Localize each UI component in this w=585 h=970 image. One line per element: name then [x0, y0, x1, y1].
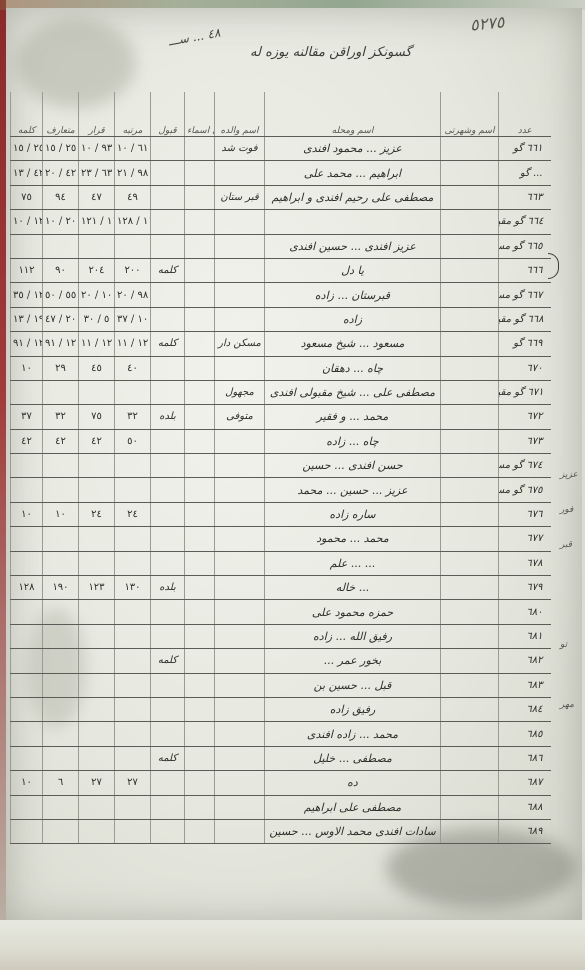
id-cell: ٦٨٥: [499, 722, 551, 746]
remark-cell: بلده: [151, 405, 185, 429]
number-cell: ٣٧: [11, 405, 43, 429]
id-cell: ٦٨٧: [499, 771, 551, 795]
id-cell: ٦٧٤ گو مستان زیر: [499, 454, 551, 478]
empty-cell: [185, 234, 215, 258]
id-cell: ٦٦٥ گو مستان: [499, 234, 551, 258]
number-cell: [11, 746, 43, 770]
table-row: ٢٥ / ١٥٢٥ / ١٥٩٣ / ١٠٦١ / ١٠فوت شدعزیز .…: [11, 137, 551, 161]
empty-cell: [441, 137, 499, 161]
number-cell: ٤٢ / ٢٠: [43, 161, 79, 185]
empty-cell: [185, 210, 215, 234]
number-cell: ١١٥ / ١٢٨: [115, 210, 151, 234]
name-cell: چاه ... دهقان: [265, 356, 441, 380]
number-cell: [115, 380, 151, 404]
number-cell: [79, 722, 115, 746]
number-cell: [115, 478, 151, 502]
empty-cell: [185, 429, 215, 453]
number-cell: ١٠: [11, 771, 43, 795]
remark-cell: [151, 624, 185, 648]
id-cell: ٦٦٩ گو: [499, 332, 551, 356]
margin-note: مهر: [560, 700, 574, 710]
remark-cell: [151, 551, 185, 575]
margin-note: عزیز: [560, 470, 578, 480]
table-row: ... ... علم٦٧٨: [11, 551, 551, 575]
status-cell: قبر ستان: [215, 185, 265, 209]
number-cell: ٤٥: [79, 356, 115, 380]
number-cell: [79, 600, 115, 624]
empty-cell: [185, 478, 215, 502]
status-cell: [215, 673, 265, 697]
number-cell: ٤٢: [11, 429, 43, 453]
empty-cell: [441, 600, 499, 624]
number-cell: ١٠ / ٣٧: [115, 307, 151, 331]
number-cell: [79, 649, 115, 673]
id-cell: ٦٦٣: [499, 185, 551, 209]
table-row: ٤٢ / ١٣٤٢ / ٢٠٦٣ / ٢٣٩٨ / ٢١ابراهیم ... …: [11, 161, 551, 185]
number-cell: [43, 600, 79, 624]
number-cell: ٦٣ / ٢٣: [79, 161, 115, 185]
number-cell: ٢٤: [79, 502, 115, 526]
number-cell: ٤٢: [43, 429, 79, 453]
margin-note: تو: [560, 640, 567, 650]
number-cell: [43, 624, 79, 648]
number-cell: [43, 527, 79, 551]
remark-cell: [151, 795, 185, 819]
table-row: مجهولمصطفی علی ... شیخ مقبولی افندی٦٧١ گ…: [11, 380, 551, 404]
number-cell: [11, 380, 43, 404]
status-cell: [215, 454, 265, 478]
number-cell: [115, 624, 151, 648]
status-cell: [215, 600, 265, 624]
col-header: عدد: [499, 92, 551, 137]
name-cell: قبل ... حسین بن: [265, 673, 441, 697]
number-cell: [43, 234, 79, 258]
name-cell: سادات افندی محمد الاوس ... حسین: [265, 819, 441, 843]
remark-cell: [151, 527, 185, 551]
number-cell: ٤٩: [115, 185, 151, 209]
margin-note: فور: [560, 505, 573, 515]
table-row: کلمهبخور عمر ...٦٨٢: [11, 649, 551, 673]
empty-cell: [185, 502, 215, 526]
empty-cell: [441, 502, 499, 526]
status-cell: [215, 429, 265, 453]
name-cell: بخور عمر ...: [265, 649, 441, 673]
id-cell: ٦٨٢: [499, 649, 551, 673]
remark-cell: [151, 185, 185, 209]
id-cell: ٦٦٨ گو مقیم: [499, 307, 551, 331]
id-cell: ٦٨٤: [499, 697, 551, 721]
empty-cell: [185, 576, 215, 600]
empty-cell: [441, 161, 499, 185]
remark-cell: [151, 478, 185, 502]
remark-cell: [151, 234, 185, 258]
name-cell: عزیز ... محمود افندی: [265, 137, 441, 161]
name-cell: ساره زاده: [265, 502, 441, 526]
id-cell: ٦٨٣: [499, 673, 551, 697]
number-cell: ٤٠: [115, 356, 151, 380]
empty-cell: [441, 673, 499, 697]
table-row: ٤٢٤٢٤٢٥٠چاه ... زاده٦٧٣: [11, 429, 551, 453]
empty-cell: [185, 624, 215, 648]
status-cell: [215, 576, 265, 600]
col-header: قرار: [79, 92, 115, 137]
number-cell: ١٠: [11, 502, 43, 526]
id-cell: ٦٨١: [499, 624, 551, 648]
number-cell: [115, 673, 151, 697]
table-row: مصطفی علی ابراهیم٦٨٨: [11, 795, 551, 819]
id-cell: ٦٦٤ گو مقیم: [499, 210, 551, 234]
col-header: شمارى اسماء: [185, 92, 215, 137]
empty-cell: [441, 429, 499, 453]
table-row: عزیز ... حسین ... محمد٦٧٥ گو مستان و محم…: [11, 478, 551, 502]
number-cell: [79, 234, 115, 258]
number-cell: [79, 819, 115, 843]
number-cell: ٢٠٤: [79, 258, 115, 282]
status-cell: [215, 258, 265, 282]
empty-cell: [185, 454, 215, 478]
number-cell: ٢٥ / ١٥: [43, 137, 79, 161]
status-cell: [215, 722, 265, 746]
number-cell: [11, 454, 43, 478]
number-cell: [43, 649, 79, 673]
number-cell: [43, 746, 79, 770]
id-cell: ٦٨٩: [499, 819, 551, 843]
id-cell: ٦٦١ گو: [499, 137, 551, 161]
id-cell: ٦٧١ گو مقیم: [499, 380, 551, 404]
number-cell: ٤٢ / ١٣: [11, 161, 43, 185]
empty-cell: [185, 795, 215, 819]
status-cell: [215, 161, 265, 185]
number-cell: ٣٢: [43, 405, 79, 429]
number-cell: [79, 454, 115, 478]
status-cell: [215, 819, 265, 843]
number-cell: ١٠: [43, 502, 79, 526]
table-row: عزیز افندی ... حسین افندی٦٦٥ گو مستان: [11, 234, 551, 258]
number-cell: [11, 649, 43, 673]
remark-cell: بلده: [151, 576, 185, 600]
number-cell: ١١٥ / ١٢١: [79, 210, 115, 234]
id-cell: ٦٨٦: [499, 746, 551, 770]
remark-cell: [151, 454, 185, 478]
number-cell: [43, 819, 79, 843]
number-cell: ١٠: [11, 356, 43, 380]
col-header: مرتبه: [115, 92, 151, 137]
name-cell: مصطفی علی رحیم افندی و ابراهیم: [265, 185, 441, 209]
name-cell: عزیز افندی ... حسین افندی: [265, 234, 441, 258]
number-cell: [115, 819, 151, 843]
number-cell: ١٢ / ١٠: [11, 210, 43, 234]
empty-cell: [441, 527, 499, 551]
number-cell: [11, 551, 43, 575]
empty-cell: [441, 258, 499, 282]
table-row: رفیق الله ... زاده٦٨١: [11, 624, 551, 648]
number-cell: [11, 234, 43, 258]
number-cell: [11, 673, 43, 697]
number-cell: ١٢٣ / ٣٥: [11, 283, 43, 307]
remark-cell: [151, 210, 185, 234]
reference-number: ٥٢٧٥: [469, 12, 505, 34]
number-cell: [115, 454, 151, 478]
number-cell: [115, 234, 151, 258]
number-cell: ١٢٠ / ١١: [115, 332, 151, 356]
remark-cell: [151, 819, 185, 843]
name-cell: ابراهیم ... محمد علی: [265, 161, 441, 185]
status-cell: [215, 697, 265, 721]
number-cell: ٢٧: [115, 771, 151, 795]
empty-cell: [185, 258, 215, 282]
number-cell: [79, 624, 115, 648]
name-cell: محمد ... زاده افندی: [265, 722, 441, 746]
remark-cell: [151, 283, 185, 307]
name-cell: [265, 210, 441, 234]
status-cell: مسکن دار: [215, 332, 265, 356]
name-cell: ... خاله: [265, 576, 441, 600]
id-cell: ٦٧٦: [499, 502, 551, 526]
number-cell: ٩٨ / ٢١: [115, 161, 151, 185]
number-cell: ٢٠٠: [115, 258, 151, 282]
remark-cell: [151, 161, 185, 185]
table-row: ١٢٣ / ٣٥٥٥ / ٥٠١٠٠ / ٢٠٩٨ / ٢٠قبرستان ..…: [11, 283, 551, 307]
remark-cell: کلمه: [151, 332, 185, 356]
name-cell: مسعود ... شیخ مسعود: [265, 332, 441, 356]
empty-cell: [185, 332, 215, 356]
page-bottom-margin: [0, 920, 585, 970]
table-row: محمد ... محمود٦٧٧: [11, 527, 551, 551]
name-cell: مصطفی علی ... شیخ مقبولی افندی: [265, 380, 441, 404]
empty-cell: [185, 649, 215, 673]
name-cell: مصطفی علی ابراهیم: [265, 795, 441, 819]
document-title: گسونكز اوراقن مقالنه يوزه له: [250, 45, 412, 60]
remark-cell: کلمه: [151, 746, 185, 770]
number-cell: [43, 673, 79, 697]
remark-cell: [151, 673, 185, 697]
table-row: ١٠١٠٢٤٢٤ساره زاده٦٧٦: [11, 502, 551, 526]
empty-cell: [441, 746, 499, 770]
remark-cell: [151, 697, 185, 721]
empty-cell: [441, 234, 499, 258]
number-cell: ٥ / ٣٠: [79, 307, 115, 331]
remark-cell: [151, 356, 185, 380]
number-cell: [115, 795, 151, 819]
number-cell: [43, 478, 79, 502]
remark-cell: [151, 429, 185, 453]
remark-cell: [151, 137, 185, 161]
id-cell: ٦٨٠: [499, 600, 551, 624]
empty-cell: [441, 356, 499, 380]
id-cell: ٦٨٨: [499, 795, 551, 819]
number-cell: ٤٢: [79, 429, 115, 453]
remark-cell: [151, 380, 185, 404]
name-cell: عزیز ... حسین ... محمد: [265, 478, 441, 502]
number-cell: ٧٥: [11, 185, 43, 209]
name-cell: محمد ... محمود: [265, 527, 441, 551]
status-cell: [215, 624, 265, 648]
id-cell: ٦٧٣: [499, 429, 551, 453]
col-header: اسم ومحله: [265, 92, 441, 137]
number-cell: ١٩٠: [43, 576, 79, 600]
remark-cell: [151, 307, 185, 331]
empty-cell: [185, 356, 215, 380]
name-cell: زاده: [265, 307, 441, 331]
number-cell: [115, 746, 151, 770]
empty-cell: [185, 137, 215, 161]
table-row: ١٩٩ / ١٣٢٠٠ / ٤٧٥ / ٣٠١٠ / ٣٧زاده٦٦٨ گو …: [11, 307, 551, 331]
number-cell: ١٢٠ / ٩١: [43, 332, 79, 356]
number-cell: ٢٤: [115, 502, 151, 526]
empty-cell: [441, 454, 499, 478]
table-row: رفیق زاده٦٨٤: [11, 697, 551, 721]
empty-cell: [441, 795, 499, 819]
empty-cell: [185, 673, 215, 697]
empty-cell: [185, 819, 215, 843]
number-cell: ٢٩: [43, 356, 79, 380]
remark-cell: [151, 502, 185, 526]
number-cell: [43, 551, 79, 575]
id-cell: ٦٧٩: [499, 576, 551, 600]
empty-cell: [185, 283, 215, 307]
number-cell: [79, 795, 115, 819]
empty-cell: [185, 600, 215, 624]
number-cell: [43, 454, 79, 478]
number-cell: [43, 697, 79, 721]
number-cell: ٥٠: [115, 429, 151, 453]
id-cell: ٦٧٥ گو مستان و محمد: [499, 478, 551, 502]
name-cell: رفیق زاده: [265, 697, 441, 721]
empty-cell: [441, 649, 499, 673]
number-cell: [11, 478, 43, 502]
remark-cell: [151, 771, 185, 795]
status-cell: [215, 649, 265, 673]
empty-cell: [441, 185, 499, 209]
number-cell: [115, 649, 151, 673]
status-cell: متوفی: [215, 405, 265, 429]
table-row: کلمهمصطفی ... خلیل٦٨٦: [11, 746, 551, 770]
number-cell: ٦: [43, 771, 79, 795]
table-row: محمد ... زاده افندی٦٨٥: [11, 722, 551, 746]
number-cell: ٩٠: [43, 258, 79, 282]
empty-cell: [441, 551, 499, 575]
empty-cell: [441, 624, 499, 648]
col-header: قبول: [151, 92, 185, 137]
empty-cell: [441, 771, 499, 795]
number-cell: [79, 746, 115, 770]
name-cell: قبرستان ... زاده: [265, 283, 441, 307]
margin-note: قبر: [560, 540, 572, 550]
number-cell: ٢٠٠ / ٤٧: [43, 307, 79, 331]
empty-cell: [441, 405, 499, 429]
empty-cell: [185, 722, 215, 746]
table-row: حسن افندی ... حسین٦٧٤ گو مستان زیر: [11, 454, 551, 478]
number-cell: ٩٣ / ١٠: [79, 137, 115, 161]
number-cell: [115, 697, 151, 721]
number-cell: ٩٤: [43, 185, 79, 209]
number-cell: ١٢٣: [79, 576, 115, 600]
status-cell: [215, 210, 265, 234]
number-cell: ١٣٠: [115, 576, 151, 600]
number-cell: ١٢٨: [11, 576, 43, 600]
number-cell: [115, 600, 151, 624]
number-cell: [43, 380, 79, 404]
remark-cell: [151, 722, 185, 746]
number-cell: [11, 722, 43, 746]
empty-cell: [441, 210, 499, 234]
status-cell: [215, 746, 265, 770]
number-cell: ١١٢: [11, 258, 43, 282]
empty-cell: [185, 161, 215, 185]
name-cell: حسن افندی ... حسین: [265, 454, 441, 478]
number-cell: ٣٢: [115, 405, 151, 429]
number-cell: [43, 722, 79, 746]
empty-cell: [441, 576, 499, 600]
number-cell: [79, 673, 115, 697]
status-cell: [215, 307, 265, 331]
number-cell: ٢٥ / ١٥: [11, 137, 43, 161]
empty-cell: [441, 380, 499, 404]
table-row: ٧٥٩٤٤٧٤٩قبر ستانمصطفی علی رحیم افندی و ا…: [11, 185, 551, 209]
number-cell: ٩٨ / ٢٠: [115, 283, 151, 307]
empty-cell: [441, 332, 499, 356]
number-cell: ٢٠ / ١٠: [43, 210, 79, 234]
status-cell: [215, 795, 265, 819]
remark-cell: کلمه: [151, 649, 185, 673]
number-cell: ٤٧: [79, 185, 115, 209]
id-cell: ٦٧٢: [499, 405, 551, 429]
table-row: ٣٧٣٢٧٥٣٢بلدهمتوفیمحمد ... و فقیر٦٧٢: [11, 405, 551, 429]
table-row: ١٢٨١٩٠١٢٣١٣٠بلده... خاله٦٧٩: [11, 576, 551, 600]
empty-cell: [441, 478, 499, 502]
status-cell: فوت شد: [215, 137, 265, 161]
name-cell: حمزه محمود علی: [265, 600, 441, 624]
empty-cell: [185, 380, 215, 404]
number-cell: [79, 697, 115, 721]
empty-cell: [185, 527, 215, 551]
number-cell: [11, 600, 43, 624]
name-cell: محمد ... و فقیر: [265, 405, 441, 429]
id-cell: ٦٦٦: [499, 258, 551, 282]
status-cell: [215, 551, 265, 575]
number-cell: ٥٥ / ٥٠: [43, 283, 79, 307]
remark-cell: کلمه: [151, 258, 185, 282]
id-cell: ٦٦٧ گو مستان: [499, 283, 551, 307]
name-cell: یا دل: [265, 258, 441, 282]
table-row: قبل ... حسین بن٦٨٣: [11, 673, 551, 697]
number-cell: [11, 819, 43, 843]
empty-cell: [185, 746, 215, 770]
number-cell: ١٢٠ / ١١: [79, 332, 115, 356]
number-cell: ٢٧: [79, 771, 115, 795]
number-cell: ٧٥: [79, 405, 115, 429]
name-cell: ده: [265, 771, 441, 795]
table-row: ١١٢٩٠٢٠٤٢٠٠کلمهیا دل٦٦٦: [11, 258, 551, 282]
number-cell: ١٢٠ / ٩١: [11, 332, 43, 356]
empty-cell: [185, 185, 215, 209]
number-cell: [79, 527, 115, 551]
number-cell: ٦١ / ١٠: [115, 137, 151, 161]
table-row: ١٢ / ١٠٢٠ / ١٠١١٥ / ١٢١١١٥ / ١٢٨٦٦٤ گو م…: [11, 210, 551, 234]
table-row: ١٢٠ / ٩١١٢٠ / ٩١١٢٠ / ١١١٢٠ / ١١کلمهمسکن…: [11, 332, 551, 356]
number-cell: [43, 795, 79, 819]
empty-cell: [441, 307, 499, 331]
id-cell: ٦٧٨: [499, 551, 551, 575]
number-cell: [79, 380, 115, 404]
id-cell: ٦٧٧: [499, 527, 551, 551]
status-cell: [215, 502, 265, 526]
table-row: سادات افندی محمد الاوس ... حسین٦٨٩: [11, 819, 551, 843]
remark-cell: [151, 600, 185, 624]
status-cell: [215, 283, 265, 307]
empty-cell: [185, 405, 215, 429]
id-cell: ٦٧٠: [499, 356, 551, 380]
